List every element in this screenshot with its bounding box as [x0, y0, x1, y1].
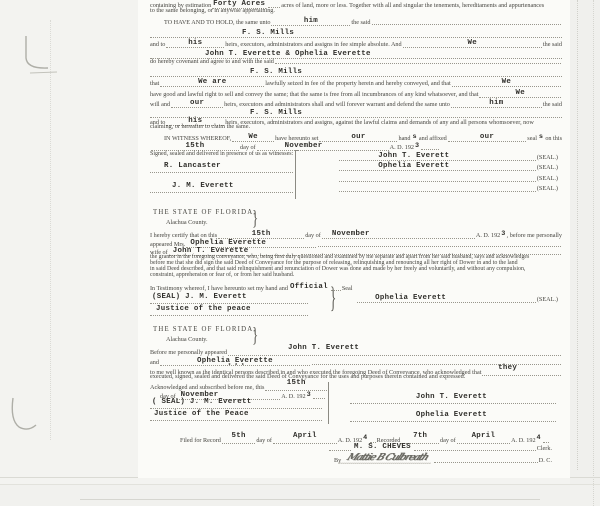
state-county-brace: }	[252, 205, 258, 231]
dotted-leader	[329, 448, 351, 451]
label-witnesses: Signed, sealed and delivered in presence…	[150, 151, 293, 158]
grantor-signature-row-2: Ophelia Everett (SEAL.)	[338, 161, 558, 171]
field-recorded-year: 4	[537, 434, 541, 442]
ack1-county: Alachua County.	[166, 219, 562, 226]
scanned-deed-document: containing by estimation Forty Acres acr…	[0, 0, 600, 506]
witness-signature-2: J. M. Everett	[150, 180, 293, 193]
label-seal: seal	[527, 135, 537, 142]
field-his: his	[166, 38, 224, 48]
field-month: November	[257, 141, 389, 151]
label-and-to: and to	[150, 41, 165, 48]
label-day-of: day of	[240, 144, 256, 151]
deed-line-belonging: to the same belonging, or in anywise app…	[150, 7, 562, 14]
signature-line: John T. Everett	[339, 151, 536, 161]
field-filed-day: 5th	[222, 434, 255, 444]
field-clerk-name: M. S. CHEVES	[354, 443, 411, 451]
page-bottom-edge-2	[0, 484, 600, 485]
deed-line-have-hold: TO HAVE AND TO HOLD, the same unto him t…	[164, 16, 562, 26]
field-year: 3	[415, 142, 419, 150]
state-county-brace: }	[252, 322, 258, 348]
field-name1: John T. Everett	[228, 346, 561, 356]
ack2-column-bracket	[328, 382, 332, 424]
witnesses-heading: Signed, sealed and delivered in presence…	[150, 151, 300, 158]
dotted-leader	[275, 61, 561, 64]
field-grantee-name-1: F. S. Mills	[150, 27, 562, 38]
label-on-this: on this	[545, 135, 562, 142]
text-executed: executed, signed, sealed and delivered t…	[150, 373, 465, 380]
signature-line	[339, 172, 536, 182]
clerk-line: M. S. CHEVES Clerk.	[328, 443, 552, 452]
margin-line-right-1	[577, 0, 578, 470]
deed-line-date: 15th day of November A. D. 192 3	[150, 141, 440, 151]
field-hand-plural-s: s	[413, 133, 417, 141]
ack1-wife-signature-row: Ophelia Everett (SEAL.)	[356, 293, 558, 303]
field-official: Official	[290, 283, 328, 291]
ack2-county: Alachua County.	[166, 336, 562, 343]
text-claiming: claiming, or hereafter to claim the same…	[150, 123, 250, 130]
field-year: 3	[501, 230, 505, 238]
label-the-said: the said	[351, 19, 370, 26]
field-grantee-name-2: F. S. Mills	[150, 66, 562, 77]
ack2-officer-title: Justice of the Peace	[150, 408, 322, 421]
text-seized: lawfully seized in fee of the property h…	[265, 80, 450, 87]
deed-line-good-right: have good and lawful right to sell and c…	[150, 88, 562, 98]
label-seal-paren: (SEAL.)	[537, 185, 558, 192]
field-we-are: We are	[160, 77, 264, 87]
ack2-state-heading: THE STATE OF FLORIDA,	[153, 326, 562, 333]
witness-signature-1: R. Lancaster	[150, 160, 293, 173]
field-day: 15th	[151, 141, 239, 151]
page-bottom-edge-3	[80, 499, 540, 500]
label-seal-paren: (SEAL.)	[537, 154, 558, 161]
scan-bottom-margin	[0, 485, 600, 506]
field-unto: him	[271, 16, 350, 26]
dotted-leader	[421, 147, 439, 150]
field-we: We	[479, 88, 561, 98]
margin-line-left	[50, 20, 51, 440]
text-heirs-assigns: heirs, executors, administrators and ass…	[225, 41, 401, 48]
dotted-leader	[434, 460, 538, 463]
grantor-signature-row-1: John T. Everett (SEAL.)	[338, 151, 558, 161]
label-filed-for-record: Filed for Record	[180, 437, 221, 444]
label-seal-paren: (SEAL.)	[537, 296, 558, 303]
field-our: our	[171, 98, 223, 108]
signature-line	[339, 182, 536, 192]
deed-page: containing by estimation Forty Acres acr…	[138, 0, 570, 478]
label-seal-word: Seal	[342, 285, 353, 292]
ack1-state-heading: THE STATE OF FLORIDA,	[153, 209, 562, 216]
label-and: and	[150, 359, 159, 366]
field-our: our	[448, 132, 527, 142]
grantor-signature-row-4: (SEAL.)	[338, 182, 558, 192]
ack1-paragraph-4: constraint, apprehension or fear of, or …	[150, 272, 562, 279]
label-seal-paren: (SEAL.)	[537, 164, 558, 171]
text-belonging: to the same belonging, or in anywise app…	[150, 7, 275, 14]
deed-line-warrant: will and our heirs, executors and admini…	[150, 98, 562, 108]
deputy-clerk-handwritten-signature: Mattie B Culbreath	[338, 452, 435, 463]
deed-line-heirs: and to his heirs, executors, administrat…	[150, 38, 562, 48]
label-before-appeared: Before me personally appeared	[150, 349, 227, 356]
ack2-signature-2: Ophelia Everett	[350, 409, 556, 422]
field-we: We	[403, 38, 542, 48]
ack2-signature-1: John T. Everett	[350, 391, 556, 404]
field-we: We	[452, 77, 561, 87]
field-filed-year: 4	[363, 434, 367, 442]
label-ad-192: A. D. 192	[390, 144, 414, 151]
field-seal-plural-s: s	[539, 133, 543, 141]
deputy-clerk-line: By Mattie B Culbreath D. C.	[334, 452, 552, 464]
witness-column-bracket	[295, 150, 299, 199]
margin-line-right-2	[593, 0, 594, 506]
deed-line-covenant: do hereby covenant and agree to and with…	[150, 58, 562, 65]
dotted-leader	[414, 448, 536, 451]
label-the-said: the said	[543, 41, 562, 48]
ack2-appeared-line: Before me personally appeared John T. Ev…	[150, 346, 562, 356]
deed-line-claiming: claiming, or hereafter to claim the same…	[150, 123, 562, 130]
scan-right-margin	[570, 0, 600, 506]
ack1-officer-title: Justice of the peace	[150, 303, 308, 316]
label-clerk: Clerk.	[537, 445, 552, 452]
dotted-leader	[372, 22, 562, 25]
text-covenant: do hereby covenant and agree to and with…	[150, 58, 274, 65]
label-have-and-hold: TO HAVE AND TO HOLD, the same unto	[164, 19, 270, 26]
deed-line-seized: that We are lawfully seized in fee of th…	[150, 77, 562, 87]
label-dc: D. C.	[539, 457, 552, 464]
ack1-brace: }	[330, 280, 336, 317]
label-that: that	[150, 80, 159, 87]
signature-line: Ophelia Everett	[357, 293, 536, 303]
label-seal-paren: (SEAL.)	[537, 175, 558, 182]
ack2-known-line-2: executed, signed, sealed and delivered t…	[150, 373, 562, 380]
grantor-signature-row-3: (SEAL.)	[338, 172, 558, 182]
signature-line: Ophelia Everett	[339, 161, 536, 171]
label-day-of: day of	[256, 437, 272, 444]
field-him: him	[451, 98, 542, 108]
